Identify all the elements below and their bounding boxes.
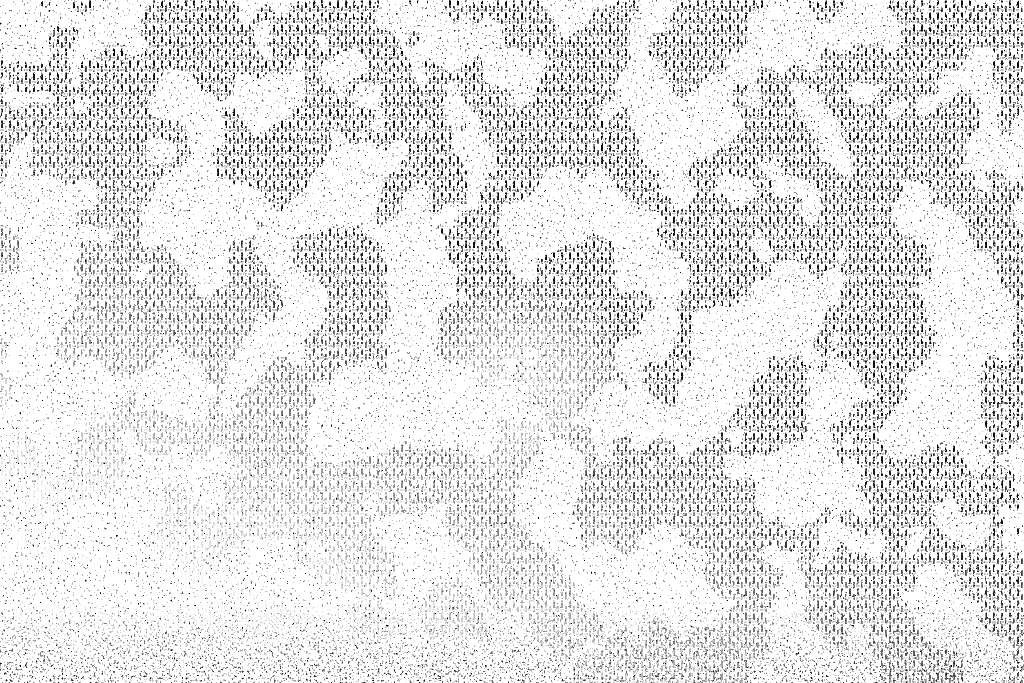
- texture-canvas: [0, 0, 1024, 683]
- bottom-band-speckles: [0, 600, 1024, 683]
- grunge-texture-image: [0, 0, 1024, 683]
- speckle-dots-layer: [0, 0, 1024, 683]
